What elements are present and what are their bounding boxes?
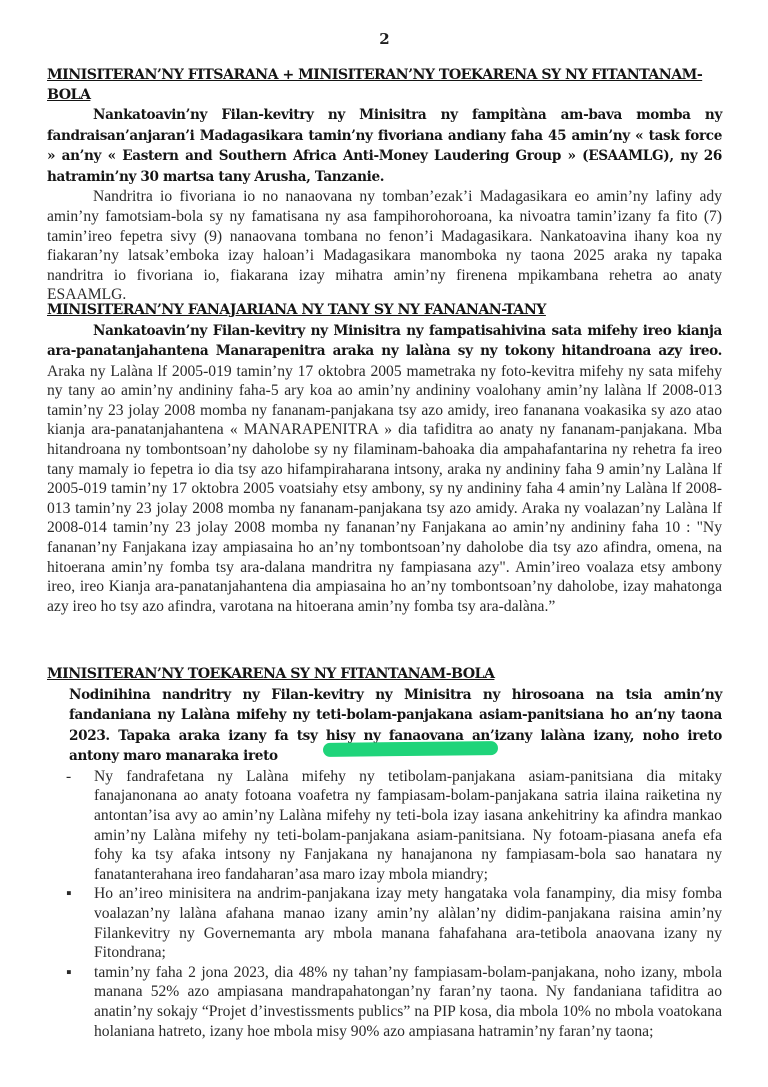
section-land-management: MINISITERAN’NY FANAJARIANA NY TANY SY NY… bbox=[47, 301, 722, 616]
dash-bullet-icon: - bbox=[66, 767, 71, 787]
section-economy-finance: MINISITERAN’NY TOEKARENA SY NY FITANTANA… bbox=[47, 665, 722, 1041]
section-heading: MINISITERAN’NY FANAJARIANA NY TANY SY NY… bbox=[47, 301, 722, 321]
green-highlighter-mark bbox=[323, 741, 498, 757]
section-paragraph-body: Nandritra io fivoriana io no nanaovana n… bbox=[47, 187, 722, 305]
square-bullet-icon: ▪ bbox=[66, 963, 72, 983]
section-justice-economy: MINISITERAN’NY FITSARANA + MINISITERAN’N… bbox=[47, 66, 722, 305]
list-item-text: Ny fandrafetana ny Lalàna mifehy ny teti… bbox=[94, 768, 722, 883]
reasons-list: -Ny fandrafetana ny Lalàna mifehy ny tet… bbox=[47, 767, 722, 1041]
list-item: ▪tamin’ny faha 2 jona 2023, dia 48% ny t… bbox=[47, 963, 722, 1041]
list-item: ▪Ho an’ireo minisitera na andrim-panjaka… bbox=[47, 884, 722, 962]
list-item: -Ny fandrafetana ny Lalàna mifehy ny tet… bbox=[47, 767, 722, 885]
page-number: 2 bbox=[47, 30, 722, 48]
list-item-text: tamin’ny faha 2 jona 2023, dia 48% ny ta… bbox=[94, 964, 722, 1040]
body-text: Araka ny Lalàna lf 2005-019 tamin’ny 17 … bbox=[47, 363, 722, 615]
list-item-text: Ho an’ireo minisitera na andrim-panjakan… bbox=[94, 885, 722, 961]
lead-bold-text: Nankatoavin’ny Filan-kevitry ny Minisitr… bbox=[47, 323, 722, 360]
square-bullet-icon: ▪ bbox=[66, 884, 72, 904]
lead-bold-text: Nankatoavin’ny Filan-kevitry ny Minisitr… bbox=[47, 107, 722, 185]
section-paragraph-lead: Nankatoavin’ny Filan-kevitry ny Minisitr… bbox=[47, 105, 722, 187]
section-paragraph: Nankatoavin’ny Filan-kevitry ny Minisitr… bbox=[47, 321, 722, 617]
section-heading: MINISITERAN’NY TOEKARENA SY NY FITANTANA… bbox=[47, 665, 722, 685]
section-heading: MINISITERAN’NY FITSARANA + MINISITERAN’N… bbox=[47, 66, 722, 105]
